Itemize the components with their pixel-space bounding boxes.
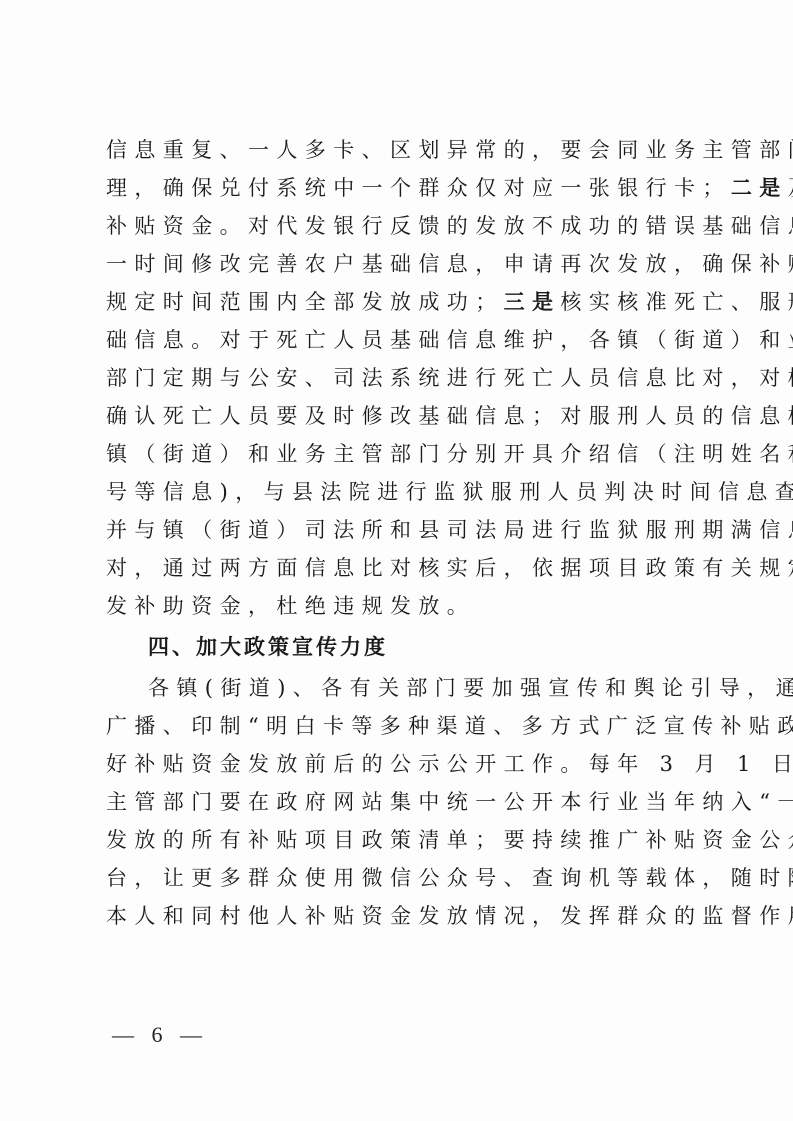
body-line: 本人和同村他人补贴资金发放情况，发挥群众的监督作用，提高 [106, 897, 696, 935]
body-line: 确认死亡人员要及时修改基础信息；对服刑人员的信息核实，各 [106, 397, 696, 435]
body-line: 一时间修改完善农户基础信息，申请再次发放，确保补贴资金在 [106, 245, 696, 283]
body-text: 及时发放 [788, 176, 793, 200]
body-line: 发补助资金，杜绝违规发放。 [106, 587, 696, 625]
body-line: 对，通过两方面信息比对核实后，依据项目政策有关规定及时停 [106, 549, 696, 587]
body-line: 各镇(街道)、各有关部门要加强宣传和舆论引导，通过电视、 [148, 669, 696, 707]
body-line: 础信息。对于死亡人员基础信息维护，各镇（街道）和业务主管 [106, 321, 696, 359]
body-line: 好补贴资金发放前后的公示公开工作。每年 3 月 1 日前，各业务 [106, 745, 696, 783]
body-line: 主管部门要在政府网站集中统一公开本行业当年纳入“一卡通” [106, 783, 696, 821]
body-text: 核实核准死亡、服刑人员基 [560, 290, 793, 314]
body-line: 镇（街道）和业务主管部门分别开具介绍信（注明姓名和身份证 [106, 435, 696, 473]
body-line: 号等信息)，与县法院进行监狱服刑人员判决时间信息查询比对， [106, 473, 696, 511]
body-text: 规定时间范围内全部发放成功； [106, 290, 504, 314]
body-line: 理，确保兑付系统中一个群众仅对应一张银行卡；二是及时发放 [106, 169, 696, 207]
body-line: 发放的所有补贴项目政策清单；要持续推广补贴资金公众服务平 [106, 821, 696, 859]
bold-marker: 三是 [504, 289, 561, 314]
body-line: 信息重复、一人多卡、区划异常的，要会同业务主管部门及时处 [106, 131, 696, 169]
bold-marker: 二是 [731, 175, 788, 200]
document-page: 信息重复、一人多卡、区划异常的，要会同业务主管部门及时处 理，确保兑付系统中一个… [0, 0, 793, 1121]
body-line: 并与镇（街道）司法所和县司法局进行监狱服刑期满信息查询比 [106, 511, 696, 549]
section-heading: 四、加大政策宣传力度 [148, 628, 548, 666]
body-line: 规定时间范围内全部发放成功；三是核实核准死亡、服刑人员基 [106, 283, 696, 321]
body-line: 补贴资金。对代发银行反馈的发放不成功的错误基础信息，要第 [106, 207, 696, 245]
body-line: 部门定期与公安、司法系统进行死亡人员信息比对，对核查到的 [106, 359, 696, 397]
body-line: 台，让更多群众使用微信公众号、查询机等载体，随时随地查询 [106, 859, 696, 897]
body-text: 理，确保兑付系统中一个群众仅对应一张银行卡； [106, 176, 731, 200]
page-number: — 6 — [112, 1022, 208, 1048]
body-line: 广播、印制“明白卡等多种渠道、多方式广泛宣传补贴政策，做 [106, 707, 696, 745]
